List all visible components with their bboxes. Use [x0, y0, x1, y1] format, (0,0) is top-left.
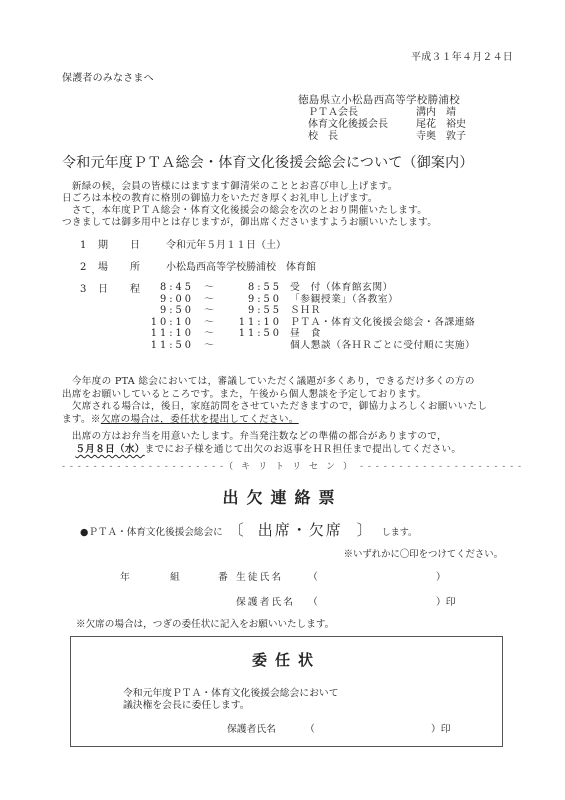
signatory-role: ＰＴＡ会長: [298, 108, 416, 118]
note-line: 今年度の PTA 総会においては，審議していただく議題が多くあり，できるだけ多く…: [62, 377, 487, 390]
detail-date: 1 期 日 令和元年５月１１日（土）: [80, 241, 316, 263]
guardian-name-field[interactable]: （: [308, 598, 436, 608]
intro-paragraph: 新緑の候，会員の皆様にはますます御清栄のこととお喜び申し上げます。 日ごろは本校…: [62, 182, 437, 230]
cut-line: - - - - - - - - - - - - - - - - - - - - …: [62, 463, 502, 472]
proxy-required-note: 欠席の場合は，委任状を提出してください。: [101, 414, 299, 425]
end-time: 8:55: [224, 283, 282, 295]
number-field[interactable]: 番: [218, 573, 236, 583]
signatory-role: 校 長: [298, 132, 416, 142]
reply-deadline: ５月８日（水）: [75, 444, 144, 455]
signatory-name: 尾花 裕史: [416, 120, 466, 130]
circle-instruction: ※いずれかに〇印をつけてください。: [344, 550, 503, 559]
guardian-name-label: 保護者氏名: [236, 598, 308, 608]
document-date: 平成３１年４月２４日: [411, 53, 513, 63]
cut-label: （キリトリセン）: [224, 463, 360, 472]
signatory-principal: 校 長 寺奥 敦子: [298, 132, 466, 142]
seal-mark: ）印: [436, 598, 456, 608]
student-name-field[interactable]: （: [308, 573, 436, 583]
attendance-choice[interactable]: 出席・欠席: [258, 523, 343, 538]
start-time: 11:50: [140, 341, 194, 353]
item-label: 場 所: [98, 263, 166, 285]
reply-fields: 年 組 番 生徒氏名 （ ） 保護者氏名 （ ）印: [120, 573, 456, 623]
attendance-line: ●ＰＴＡ・体育文化後援会総会に 〔 出席・欠席 〕 します。: [80, 523, 417, 538]
attendance-suffix: します。: [382, 529, 417, 538]
proxy-seal-mark: ）印: [431, 725, 451, 735]
end-time: [224, 341, 282, 353]
notes-paragraph: 今年度の PTA 総会においては，審議していただく議題が多くあり，できるだけ多く…: [62, 377, 487, 427]
student-name-label: 生徒氏名: [236, 573, 308, 583]
proxy-guardian-field[interactable]: （: [305, 725, 431, 735]
signatory-role: 体育文化後援会長: [298, 120, 416, 130]
student-row: 年 組 番 生徒氏名 （ ）: [120, 573, 456, 598]
cut-dashes-right: - - - - - - - - - - - - - - - - - - - - …: [360, 463, 522, 472]
schedule-event: 個人懇談（各ＨＲごとに受付順に実施）: [282, 341, 475, 353]
sender-block: 徳島県立小松島西高等学校勝浦校 ＰＴＡ会長 溝内 靖 体育文化後援会長 尾花 裕…: [298, 95, 466, 142]
grade-field[interactable]: 年: [120, 573, 170, 583]
school-name: 徳島県立小松島西高等学校勝浦校: [298, 95, 466, 106]
paren-close: ）: [436, 573, 446, 583]
start-time: 8:45: [140, 283, 194, 295]
item-number: 1: [80, 241, 98, 263]
proxy-statement: 令和元年度ＰＴＡ・体育文化後援会総会において 議決権を会長に委任します。: [123, 689, 339, 713]
item-number: 2: [80, 263, 98, 285]
item-label: 期 日: [98, 241, 166, 263]
schedule-table: 8:45 ～ 8:55 受 付（体育館玄関） 9:00 ～ 9:50 「参観授業…: [140, 283, 475, 353]
bracket-close: 〕: [357, 523, 372, 538]
signatory-name: 寺奥 敦子: [416, 132, 466, 142]
cut-dashes-left: - - - - - - - - - - - - - - - - - - - - …: [62, 463, 224, 472]
lunch-line: ５月８日（水）までにお子様を通じて出欠のお返事をＨＲ担任まで提出してください。: [62, 445, 461, 458]
lunch-line-suffix: までにお子様を通じて出欠のお返事をＨＲ担任まで提出してください。: [145, 444, 462, 455]
note-line: ます。※欠席の場合は，委任状を提出してください。: [62, 415, 487, 428]
bracket-open: 〔: [229, 523, 244, 538]
class-field[interactable]: 組: [170, 573, 218, 583]
proxy-line: 議決権を会長に委任します。: [123, 701, 339, 713]
signatory-pta: ＰＴＡ会長 溝内 靖: [298, 108, 466, 118]
schedule-event: 受 付（体育館玄関）: [282, 283, 393, 295]
proxy-title: 委任状: [71, 653, 502, 668]
lunch-paragraph: 出席の方はお弁当を用意いたします。弁当発注数などの準備の都合がありますので， ５…: [62, 432, 461, 458]
end-time: 11:50: [224, 329, 282, 341]
schedule-row: 8:45 ～ 8:55 受 付（体育館玄関）: [140, 283, 475, 295]
signatory-name: 溝内 靖: [416, 108, 456, 118]
proxy-signature-row: 保護者氏名 （ ）印: [227, 725, 451, 735]
addressee: 保護者のみなさまへ: [62, 74, 154, 84]
proxy-guardian-label: 保護者氏名: [227, 725, 305, 735]
reply-form-title: 出欠連絡票: [0, 490, 565, 506]
signatory-support-assoc: 体育文化後援会長 尾花 裕史: [298, 120, 466, 130]
intro-line: つきましては御多用中とは存じますが，御出席くださいますようお願いいたします。: [62, 218, 437, 230]
attendance-prefix: ●ＰＴＡ・体育文化後援会総会に: [80, 528, 223, 538]
note-prefix: ます。※: [62, 414, 101, 425]
item-number: 3: [80, 285, 98, 307]
absent-instruction: ※欠席の場合は，つぎの委任状に記入をお願いいたします。: [76, 620, 334, 630]
proxy-form-box: 委任状 令和元年度ＰＴＡ・体育文化後援会総会において 議決権を会長に委任します。…: [70, 636, 503, 747]
schedule-row: 11:50 ～ 個人懇談（各ＨＲごとに受付順に実施）: [140, 341, 475, 353]
notice-title: 令和元年度ＰＴＡ総会・体育文化後援会総会について（御案内）: [62, 156, 474, 170]
item-value: 令和元年５月１１日（土）: [166, 241, 286, 263]
range-separator: ～: [194, 341, 224, 353]
range-separator: ～: [194, 283, 224, 295]
